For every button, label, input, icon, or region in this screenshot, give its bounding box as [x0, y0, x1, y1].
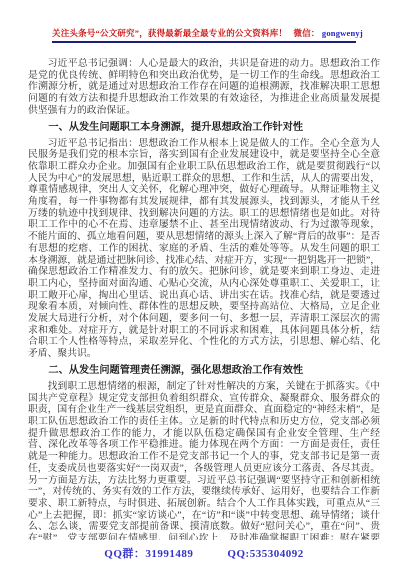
- paragraph-section-1: 习近平总书记指出：思想政治工作从根本上说是做人的工作。全心全意为人民服务是我们党…: [28, 138, 380, 360]
- wechat-label: 微信：: [293, 28, 319, 38]
- section-heading-1: 一、从发生问题职工本身溯源，提升思想政治工作针对性: [28, 122, 380, 134]
- document-page: 关注头条号“公文研究”，获得最新最全最专业的公文资料库！ 微信： gongwen…: [0, 0, 408, 580]
- document-body: 习近平总书记强调：人心是最大的政治，共识是奋进的动力。思想政治工作是党的优良传统…: [28, 58, 380, 540]
- paragraph-section-2: 找到职工思想情绪的根源，制定了针对性解决的方案，关键在于抓落实。《中国共产党章程…: [28, 381, 380, 540]
- footer-contacts: QQ群：31991489QQ:535304092: [0, 540, 408, 580]
- qq-label: QQ:: [227, 548, 249, 560]
- qq-number: 535304092: [250, 548, 304, 560]
- qq-group-label: QQ群：: [104, 548, 145, 560]
- paragraph-intro: 习近平总书记强调：人心是最大的政治，共识是奋进的动力。思想政治工作是党的优良传统…: [28, 58, 380, 117]
- header-banner: 关注头条号“公文研究”，获得最新最全最专业的公文资料库！ 微信： gongwen…: [52, 27, 356, 43]
- section-heading-2: 二、从发生问题管理责任溯源，强化思想政治工作有效性: [28, 365, 380, 377]
- qq-group-number: 31991489: [145, 548, 193, 560]
- header-notice: 关注头条号“公文研究”，获得最新最全最专业的公文资料库！: [52, 28, 287, 38]
- wechat-id: gongwenyj: [322, 28, 363, 38]
